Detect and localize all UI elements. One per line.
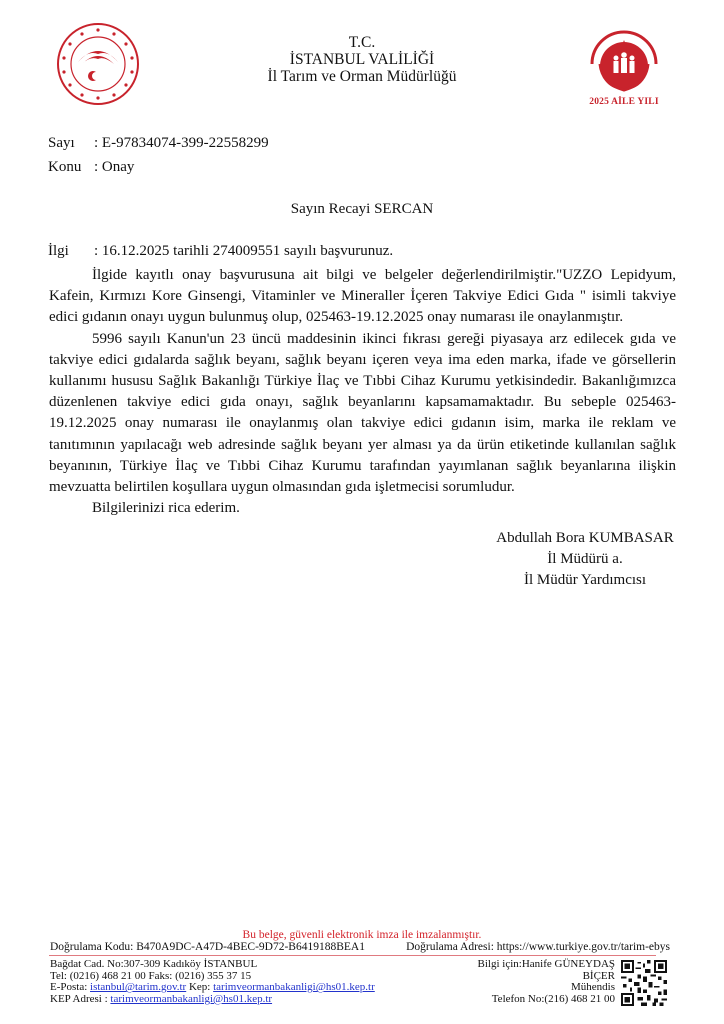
qr-code-icon — [621, 958, 667, 1008]
family-year-caption: 2025 AİLE YILI — [578, 97, 670, 107]
footer-divider — [49, 955, 656, 956]
document-subject: Konu: Onay — [48, 159, 134, 176]
email-label: E-Posta: — [50, 981, 87, 993]
document-number: Sayı: E-97834074-399-22558299 — [48, 135, 269, 152]
kep-address-link[interactable]: tarimveormanbakanligi@hs01.kep.tr — [110, 993, 272, 1005]
verification-code: Doğrulama Kodu: B470A9DC-A47D-4BEC-9D72-… — [50, 941, 365, 953]
kep-label: Kep: — [189, 981, 210, 993]
signer-title-2: İl Müdür Yardımcısı — [470, 570, 700, 591]
info-contact: Bilgi için:Hanife GÜNEYDAŞ BİÇER Mühendi… — [430, 959, 615, 1005]
signer-name: Abdullah Bora KUMBASAR — [470, 528, 700, 549]
address: Bağdat Cad. No:307-309 Kadıköy İSTANBUL — [50, 959, 375, 971]
info-line-4: Telefon No:(216) 468 21 00 — [430, 994, 615, 1006]
esign-notice: Bu belge, güvenli elektronik imza ile im… — [0, 929, 724, 941]
kep-address-label: KEP Adresi : — [50, 993, 108, 1005]
sayi-label: Sayı — [48, 135, 94, 152]
verification-row: Doğrulama Kodu: B470A9DC-A47D-4BEC-9D72-… — [50, 941, 670, 953]
konu-label: Konu — [48, 159, 94, 176]
info-line-1: Bilgi için:Hanife GÜNEYDAŞ — [430, 959, 615, 971]
reference: İlgi: 16.12.2025 tarihli 274009551 sayıl… — [48, 243, 393, 260]
body-paragraph-1: İlgide kayıtlı onay başvurusuna ait bilg… — [49, 265, 676, 329]
ilgi-label: İlgi — [48, 243, 94, 260]
email-link[interactable]: istanbul@tarim.gov.tr — [90, 981, 186, 993]
konu-value: : Onay — [94, 159, 134, 175]
signature-block: Abdullah Bora KUMBASAR İl Müdürü a. İl M… — [470, 528, 700, 591]
kep-link[interactable]: tarimveormanbakanligi@hs01.kep.tr — [213, 981, 375, 993]
verification-address: Doğrulama Adresi: https://www.turkiye.go… — [406, 941, 670, 953]
kep-address-line: KEP Adresi : tarimveormanbakanligi@hs01.… — [50, 994, 375, 1006]
letter-body: İlgide kayıtlı onay başvurusuna ait bilg… — [49, 265, 676, 519]
signer-title-1: İl Müdürü a. — [470, 549, 700, 570]
body-paragraph-2: 5996 sayılı Kanun'un 23 üncü maddesinin … — [49, 329, 676, 499]
body-paragraph-3: Bilgilerinizi rica ederim. — [49, 498, 676, 519]
family-year-logo-icon — [578, 24, 670, 108]
sayi-value: : E-97834074-399-22558299 — [94, 135, 269, 151]
ilgi-value: : 16.12.2025 tarihli 274009551 sayılı ba… — [94, 243, 393, 259]
contact-info: Bağdat Cad. No:307-309 Kadıköy İSTANBUL … — [50, 959, 375, 1005]
salutation: Sayın Recayi SERCAN — [0, 201, 724, 218]
